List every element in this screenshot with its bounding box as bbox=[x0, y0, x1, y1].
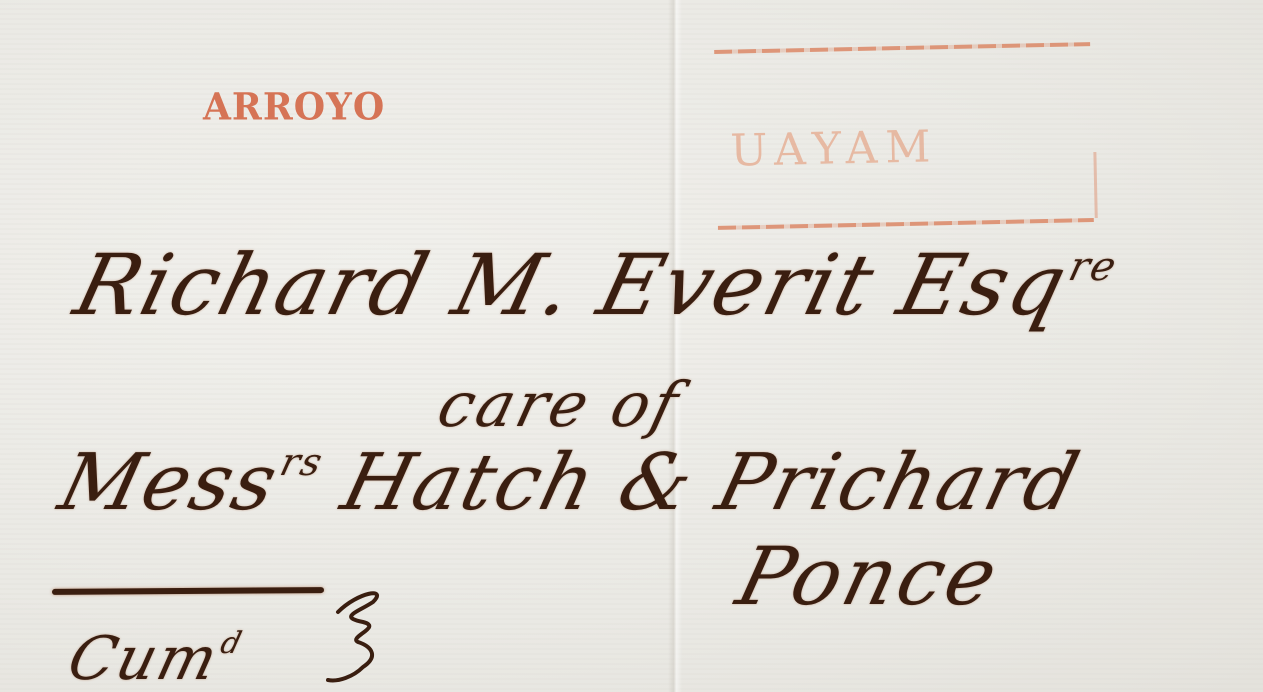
address-line-addressee: Richard M. Everit Esqre bbox=[66, 236, 1125, 334]
address-line-city: Ponce bbox=[728, 530, 1009, 623]
messrs-abbrev: Mess bbox=[51, 438, 288, 528]
framed-postmark-text: UAYAM bbox=[730, 121, 939, 176]
bottom-notation: Cumd bbox=[61, 624, 247, 692]
paper-fold-crease bbox=[668, 0, 682, 692]
notation-text: Cum bbox=[61, 624, 226, 692]
rubric-flourish-icon bbox=[318, 582, 398, 692]
address-line-firm: Messrs Hatch & Prichard bbox=[51, 438, 1089, 528]
arroyo-postmark: ARROYO bbox=[203, 85, 385, 129]
firm-name: Hatch & Prichard bbox=[333, 438, 1089, 528]
addressee-name: Richard M. Everit Esq bbox=[66, 236, 1078, 334]
framed-town-postmark: UAYAM bbox=[714, 42, 1094, 230]
address-line-care-of: care of bbox=[431, 368, 688, 441]
